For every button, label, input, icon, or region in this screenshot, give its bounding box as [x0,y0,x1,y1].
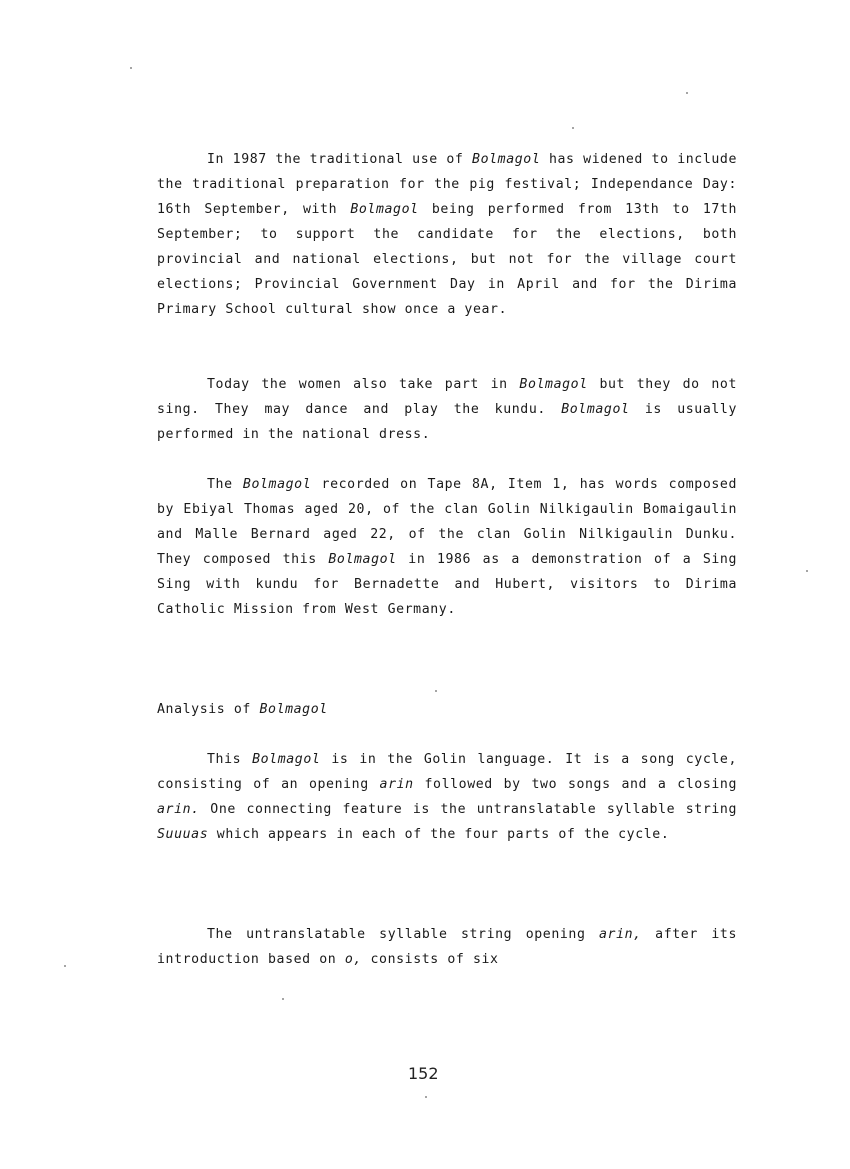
text-run: In 1987 the traditional use of [207,152,472,167]
text-run: One connecting feature is the untranslat… [200,802,737,817]
document-page: In 1987 the traditional use of Bolmagol … [0,0,850,1169]
scan-speck [425,1096,427,1098]
section-heading-analysis: Analysis of Bolmagol [157,697,328,722]
paragraph-syllable-string: The untranslatable syllable string openi… [157,922,737,972]
scan-speck [435,690,437,692]
italic-term: Bolmagol [350,202,418,217]
scan-speck [282,998,284,1000]
text-run: The [207,477,243,492]
text-run: Today the women also take part in [207,377,519,392]
text-run: consists of six [362,952,499,967]
italic-term: arin, [599,927,642,942]
scan-speck [130,67,132,69]
scan-speck [806,570,808,572]
italic-term: Bolmagol [472,152,540,167]
text-run: followed by two songs and a closing [414,777,737,792]
scan-speck [572,127,574,129]
scan-speck [686,92,688,94]
text-run: The untranslatable syllable string openi… [207,927,599,942]
paragraph-recording-details: The Bolmagol recorded on Tape 8A, Item 1… [157,472,737,622]
italic-term: Suuuas [157,827,208,842]
italic-term: Bolmagol [519,377,587,392]
text-run: which appears in each of the four parts … [208,827,669,842]
italic-term: arin [380,777,414,792]
text-run: This [207,752,252,767]
italic-term: arin. [157,802,200,817]
paragraph-women-participation: Today the women also take part in Bolmag… [157,372,737,447]
heading-term: Bolmagol [259,702,327,717]
scan-speck [64,965,66,967]
italic-term: Bolmagol [328,552,396,567]
italic-term: Bolmagol [252,752,320,767]
paragraph-language-analysis: This Bolmagol is in the Golin language. … [157,747,737,847]
italic-term: o, [345,952,362,967]
page-number: 152 [408,1064,439,1083]
italic-term: Bolmagol [561,402,629,417]
italic-term: Bolmagol [243,477,311,492]
heading-prefix: Analysis of [157,702,259,717]
paragraph-traditional-use: In 1987 the traditional use of Bolmagol … [157,147,737,322]
text-run: being performed from 13th to 17th Septem… [157,202,737,317]
